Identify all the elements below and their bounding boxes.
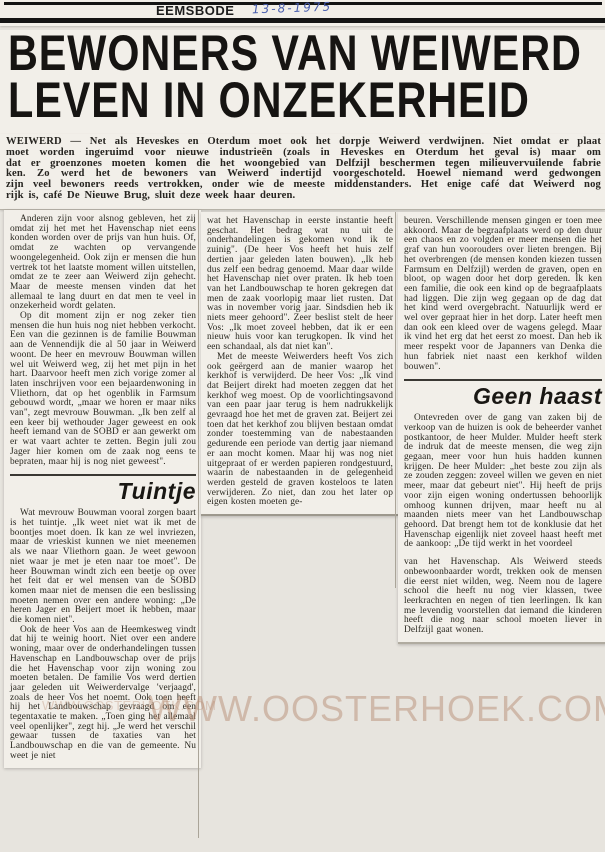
paragraph: Wat mevrouw Bouwman vooral zorgen baart …	[10, 509, 196, 625]
masthead-thick-rule	[0, 18, 605, 23]
body-column-3: beuren. Verschillende mensen gingen er t…	[398, 212, 605, 644]
lede-line: moet worden ingeruimd voor nieuwe indust…	[0, 148, 605, 159]
paragraph: Met de meeste Weiwerders heeft Vos zich …	[207, 353, 393, 508]
headline-line-1: BEWONERS VAN WEIWERD	[8, 30, 605, 77]
paragraph: Ook de heer Vos aan de Heemkesweg vindt …	[10, 626, 196, 762]
body-column-1: Anderen zijn voor alsnog gebleven, het z…	[4, 210, 201, 768]
headline-text-2: LEVEN IN ONZEKERHEID	[8, 75, 530, 126]
publication-name: EEMSBODE	[156, 3, 234, 18]
subhead-tuintje-wrap: Tuintje	[10, 474, 196, 504]
lede-line: rijk is, café De Nieuwe Brug, sluit deze…	[0, 191, 605, 202]
watermark-text: WWW.OOSTERHOEK.COM	[148, 688, 605, 730]
subhead-tuintje: Tuintje	[118, 478, 196, 504]
paragraph: Anderen zijn voor alsnog gebleven, het z…	[10, 215, 196, 312]
masthead-strip: EEMSBODE 13-8-1975	[0, 0, 605, 26]
subhead-geen-haast-wrap: Geen haast	[404, 379, 602, 409]
headline-block: BEWONERS VAN WEIWERD LEVEN IN ONZEKERHEI…	[0, 30, 605, 136]
headline-line-2: LEVEN IN ONZEKERHEID	[8, 77, 605, 124]
lede-block: WEIWERD — Net als Heveskes en Oterdum mo…	[0, 134, 605, 210]
body-column-2: wat het Havenschap in eerste instantie h…	[201, 212, 398, 516]
paragraph: beuren. Verschillende mensen gingen er t…	[404, 217, 602, 372]
paragraph: van het Havenschap. Als Weiwerd steeds o…	[404, 558, 602, 636]
column-divider-rule	[395, 212, 396, 588]
paragraph: wat het Havenschap in eerste instantie h…	[207, 217, 393, 353]
column-divider-rule	[198, 210, 199, 838]
newspaper-clipping-scan: EEMSBODE 13-8-1975 BEWONERS VAN WEIWERD …	[0, 0, 605, 852]
subhead-geen-haast: Geen haast	[473, 383, 602, 409]
handwritten-date: 13-8-1975	[252, 0, 333, 16]
paragraph: Ontevreden over de gang van zaken bij de…	[404, 414, 602, 550]
paragraph: Op dit moment zijn er nog zeker tien men…	[10, 312, 196, 467]
